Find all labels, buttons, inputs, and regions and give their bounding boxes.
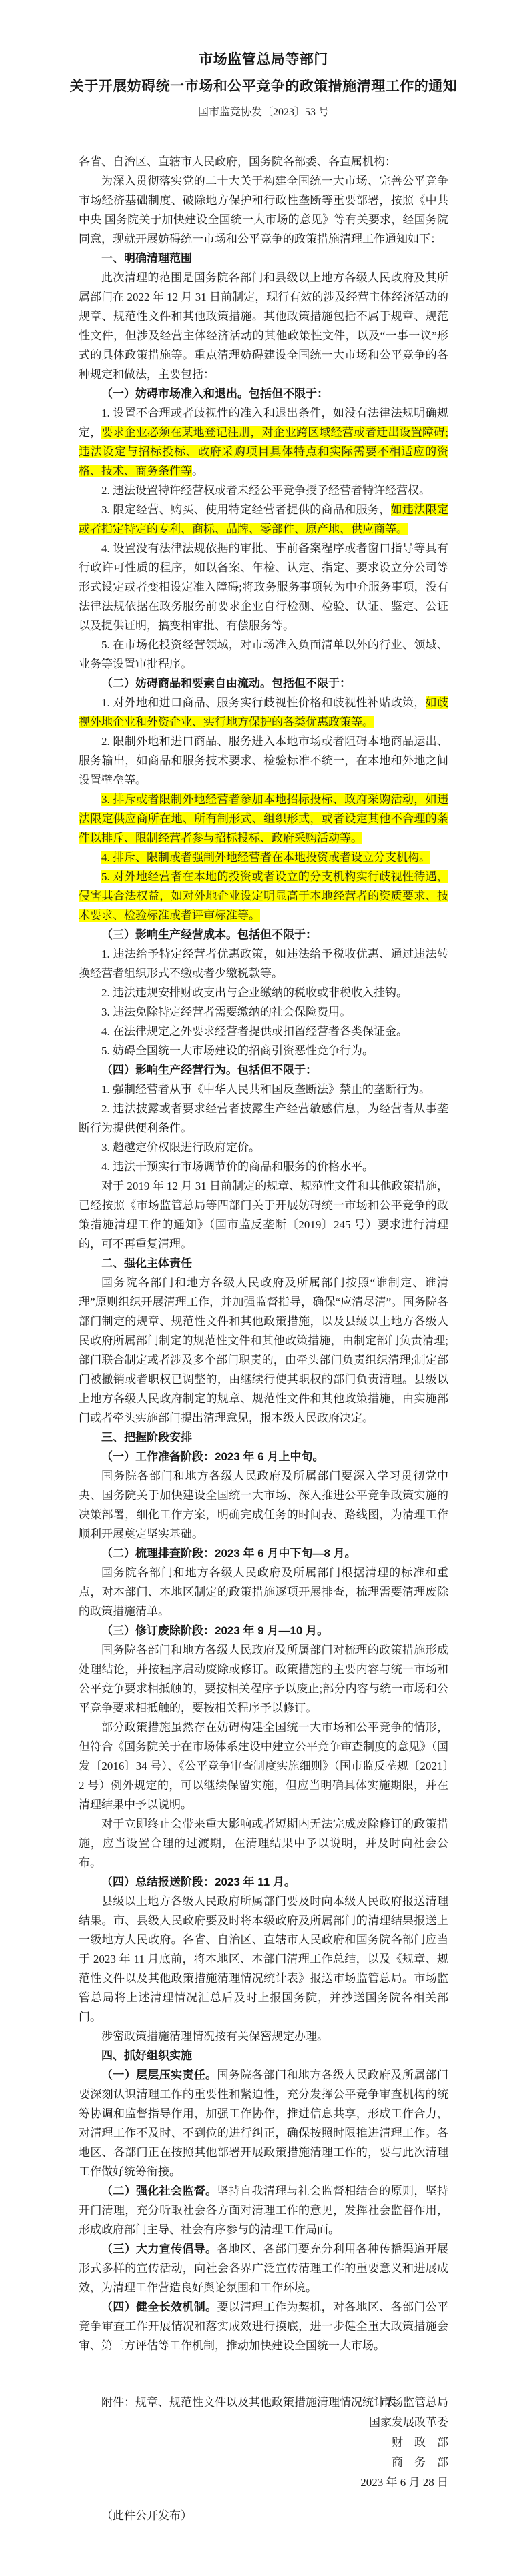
paragraph: 2. 违法设置特许经营权或者未经公平竞争授予经营者特许经营权。	[79, 481, 448, 500]
paragraph: 此次清理的范围是国务院各部门和县级以上地方各级人民政府及其所属部门在 2022 …	[79, 268, 448, 384]
paragraph: 国务院各部门和地方各级人民政府及所属部门按照“谁制定、谁清理”原则组织开展清理工…	[79, 1273, 448, 1428]
text-segment: 涉密政策措施清理情况按有关保密规定办理。	[101, 2030, 328, 2043]
paragraph: 国务院各部门和地方各级人民政府及所属部门对梳理的政策措施形成处理结论，并按程序启…	[79, 1640, 448, 1718]
subsection-heading: （一）妨碍市场准入和退出。包括但不限于：	[79, 384, 448, 403]
section-heading: 二、强化主体责任	[79, 1254, 448, 1273]
text-segment: 县级以上地方各级人民政府所属部门要及时向本级人民政府报送清理结果。市、县级人民政…	[79, 1895, 448, 2023]
paragraph: 3. 限定经营、购买、使用特定经营者提供的商品和服务，如违法限定或者指定特定的专…	[79, 500, 448, 539]
paragraph: 2. 违法违规安排财政支出与企业缴纳的税收或非税收入挂钩。	[79, 983, 448, 1002]
text-segment: 国务院各部门和地方各级人民政府及所属部门根据清理的标准和重点，对本部门、本地区制…	[79, 1566, 448, 1618]
text-segment: （四）总结报送阶段：2023 年 11 月。	[101, 1876, 296, 1888]
paragraph: 1. 设置不合理或者歧视性的准入和退出条件，如没有法律法规明确规定，要求企业必须…	[79, 403, 448, 481]
text-segment: 2. 违法违规安排财政支出与企业缴纳的税收或非税收入挂钩。	[101, 986, 408, 999]
text-segment: （一）妨碍市场准入和退出。包括但不限于：	[101, 387, 328, 400]
text-segment: 2. 限制外地和进口商品、服务进入本地市场或者阻碍本地商品运出、服务输出，如商品…	[79, 735, 448, 786]
text-segment: 1. 对外地和进口商品、服务实行歧视性价格和歧视性补贴政策，	[101, 696, 426, 709]
text-segment: 5. 妨碍全国统一大市场建设的招商引资恶性竞争行为。	[101, 1044, 374, 1057]
text-segment: 此次清理的范围是国务院各部门和县级以上地方各级人民政府及其所属部门在 2022 …	[79, 271, 448, 381]
text-segment: 对于立即终止会带来重大影响或者短期内无法完成废除修订的政策措施，应当设置合理的过…	[79, 1818, 448, 1869]
document-header: 市场监管总局等部门 关于开展妨碍统一市场和公平竞争的政策措施清理工作的通知 国市…	[0, 0, 527, 124]
signature-block: 市场监管总局国家发展改革委财 政 部商 务 部2023 年 6 月 28 日	[360, 2393, 448, 2493]
paragraph: 涉密政策措施清理情况按有关保密规定办理。	[79, 2027, 448, 2046]
text-segment: 国务院各部门和地方各级人民政府及所属部门要深入学习贯彻党中央、国务院关于加快建设…	[79, 1470, 448, 1540]
text-segment: 各省、自治区、直辖市人民政府，国务院各部委、各直属机构：	[79, 155, 396, 168]
subsection-heading: （三）影响生产经营成本。包括但不限于：	[79, 925, 448, 944]
document-title: 市场监管总局等部门	[0, 47, 527, 73]
paragraph: 对于立即终止会带来重大影响或者短期内无法完成废除修订的政策措施，应当设置合理的过…	[79, 1814, 448, 1872]
text-segment: （一）层层压实责任。	[101, 2069, 217, 2081]
text-segment: 四、抓好组织实施	[101, 2049, 192, 2062]
subsection-heading: （三）修订废除阶段：2023 年 9 月—10 月。	[79, 1621, 448, 1640]
highlighted-text: 5. 对外地经营者在本地的投资或者设立的分支机构实行歧视性待遇，侵害其合法权益，…	[79, 870, 448, 922]
text-segment: 4. 在法律规定之外要求经营者提供或扣留经营者各类保证金。	[101, 1025, 408, 1038]
paragraph: 1. 对外地和进口商品、服务实行歧视性价格和歧视性补贴政策，如歧视外地企业和外资…	[79, 693, 448, 732]
paragraph: 国务院各部门和地方各级人民政府及所属部门根据清理的标准和重点，对本部门、本地区制…	[79, 1563, 448, 1621]
signature-line: 市场监管总局	[360, 2393, 448, 2413]
paragraph: 2. 限制外地和进口商品、服务进入本地市场或者阻碍本地商品运出、服务输出，如商品…	[79, 732, 448, 790]
paragraph: （二）强化社会监督。坚持自我清理与社会监督相结合的原则，坚持开门清理，充分听取社…	[79, 2181, 448, 2239]
text-segment: （二）妨碍商品和要素自由流动。包括但不限于：	[101, 677, 351, 690]
paragraph: 5. 在市场化投资经营领域，对市场准入负面清单以外的行业、领域、业务等设置审批程…	[79, 635, 448, 674]
signature-line: 国家发展改革委	[360, 2413, 448, 2433]
section-heading: 三、把握阶段安排	[79, 1428, 448, 1447]
text-segment: （四）影响生产经营行为。包括但不限于：	[101, 1064, 317, 1076]
paragraph: 4. 在法律规定之外要求经营者提供或扣留经营者各类保证金。	[79, 1022, 448, 1041]
paragraph: 1. 违法给予特定经营者优惠政策，如违法给予税收优惠、通过违法转换经营者组织形式…	[79, 944, 448, 983]
doc-number: 国市监竞协发〔2023〕53 号	[0, 101, 527, 124]
paragraph: （一）层层压实责任。国务院各部门和地方各级人民政府及所属部门要深刻认识清理工作的…	[79, 2065, 448, 2181]
signature-line: 财 政 部	[360, 2433, 448, 2453]
subsection-heading: （一）工作准备阶段：2023 年 6 月上中旬。	[79, 1447, 448, 1466]
subsection-heading: （二）妨碍商品和要素自由流动。包括但不限于：	[79, 674, 448, 693]
text-segment: 对于 2019 年 12 月 31 日前制定的规章、规范性文件和其他政策措施，已…	[79, 1180, 448, 1250]
text-segment: 国务院各部门和地方各级人民政府及所属部门对梳理的政策措施形成处理结论，并按程序启…	[79, 1644, 448, 1714]
public-release-note: （此件公开发布）	[79, 2506, 192, 2525]
text-segment: 。	[192, 465, 203, 477]
text-segment: （三）影响生产经营成本。包括但不限于：	[101, 928, 317, 941]
section-heading: 一、明确清理范围	[79, 249, 448, 268]
text-segment: 3. 超越定价权限进行政府定价。	[101, 1141, 260, 1154]
text-segment: 一、明确清理范围	[101, 252, 192, 265]
subsection-heading: （四）影响生产经营行为。包括但不限于：	[79, 1060, 448, 1080]
paragraph: 为深入贯彻落实党的二十大关于构建全国统一大市场、完善公平竞争市场经济基础制度、破…	[79, 171, 448, 249]
paragraph: 部分政策措施虽然存在妨碍构建全国统一大市场和公平竞争的情形，但符合《国务院关于在…	[79, 1718, 448, 1814]
text-segment: 2. 违法设置特许经营权或者未经公平竞争授予经营者特许经营权。	[101, 484, 430, 497]
text-segment: （四）健全长效机制。	[101, 2301, 217, 2313]
subsection-heading: （二）梳理排查阶段：2023 年 6 月中下旬—8 月。	[79, 1544, 448, 1563]
text-segment: 2. 违法披露或者要求经营者披露生产经营敏感信息，为经营者从事垄断行为提供便利条…	[79, 1102, 448, 1134]
paragraph: 县级以上地方各级人民政府所属部门要及时向本级人民政府报送清理结果。市、县级人民政…	[79, 1892, 448, 2027]
text-segment: 3. 违法免除特定经营者需要缴纳的社会保险费用。	[101, 1006, 351, 1018]
text-segment: （二）梳理排查阶段：2023 年 6 月中下旬—8 月。	[101, 1547, 356, 1560]
section-heading: 四、抓好组织实施	[79, 2046, 448, 2065]
paragraph: 1. 强制经营者从事《中华人民共和国反垄断法》禁止的垄断行为。	[79, 1080, 448, 1099]
text-segment: 1. 违法给予特定经营者优惠政策，如违法给予税收优惠、通过违法转换经营者组织形式…	[79, 948, 448, 980]
paragraph: 3. 排斥或者限制外地经营者参加本地招标投标、政府采购活动，如违法限定供应商所在…	[79, 790, 448, 848]
text-segment: （一）工作准备阶段：2023 年 6 月上中旬。	[101, 1450, 324, 1463]
text-segment: 三、把握阶段安排	[101, 1431, 192, 1444]
text-segment: 5. 在市场化投资经营领域，对市场准入负面清单以外的行业、领域、业务等设置审批程…	[79, 639, 448, 670]
text-segment: 4. 违法干预实行市场调节价的商品和服务的价格水平。	[101, 1160, 374, 1173]
text-segment: （三）大力宣传倡导。	[101, 2243, 217, 2255]
highlighted-text: 4. 排斥、限制或者强制外地经营者在本地投资或者设立分支机构。	[101, 851, 430, 864]
text-segment: 为深入贯彻落实党的二十大关于构建全国统一大市场、完善公平竞争市场经济基础制度、破…	[79, 175, 448, 245]
document-subtitle: 关于开展妨碍统一市场和公平竞争的政策措施清理工作的通知	[0, 73, 527, 100]
paragraph: 3. 违法免除特定经营者需要缴纳的社会保险费用。	[79, 1002, 448, 1022]
paragraph: 5. 妨碍全国统一大市场建设的招商引资恶性竞争行为。	[79, 1041, 448, 1060]
highlighted-text: 要求企业必须在某地登记注册，对企业跨区域经营或者迁出设置障碍;违法设定与招标投标…	[79, 426, 448, 477]
signature-line: 商 务 部	[360, 2453, 448, 2473]
text-segment: 1. 强制经营者从事《中华人民共和国反垄断法》禁止的垄断行为。	[101, 1083, 430, 1096]
text-segment: 4. 设置没有法律法规依据的审批、事前备案程序或者窗口指导等具有行政许可性质的程…	[79, 542, 448, 632]
text-segment: 二、强化主体责任	[101, 1257, 192, 1270]
paragraph: （四）健全长效机制。要以清理工作为契机，对各地区、各部门公平竞争审查工作开展情况…	[79, 2297, 448, 2355]
text-segment: 部分政策措施虽然存在妨碍构建全国统一大市场和公平竞争的情形，但符合《国务院关于在…	[79, 1721, 448, 1811]
paragraph: 国务院各部门和地方各级人民政府及所属部门要深入学习贯彻党中央、国务院关于加快建设…	[79, 1466, 448, 1544]
paragraph: 4. 设置没有法律法规依据的审批、事前备案程序或者窗口指导等具有行政许可性质的程…	[79, 539, 448, 635]
text-segment: 3. 限定经营、购买、使用特定经营者提供的商品和服务，	[101, 503, 391, 516]
paragraph: 2. 违法披露或者要求经营者披露生产经营敏感信息，为经营者从事垄断行为提供便利条…	[79, 1099, 448, 1138]
text-segment: （三）修订废除阶段：2023 年 9 月—10 月。	[101, 1624, 328, 1637]
paragraph: 4. 排斥、限制或者强制外地经营者在本地投资或者设立分支机构。	[79, 848, 448, 867]
subsection-heading: （四）总结报送阶段：2023 年 11 月。	[79, 1872, 448, 1892]
salutation: 各省、自治区、直辖市人民政府，国务院各部委、各直属机构：	[79, 152, 448, 171]
text-segment: 国务院各部门和地方各级人民政府及所属部门要深刻认识清理工作的重要性和紧迫性，充分…	[79, 2069, 448, 2178]
paragraph: （三）大力宣传倡导。各地区、各部门要充分利用各种传播渠道开展形式多样的宣传活动，…	[79, 2239, 448, 2297]
highlighted-text: 3. 排斥或者限制外地经营者参加本地招标投标、政府采购活动，如违法限定供应商所在…	[79, 793, 448, 844]
document-body: 各省、自治区、直辖市人民政府，国务院各部委、各直属机构：为深入贯彻落实党的二十大…	[79, 152, 448, 2355]
paragraph: 对于 2019 年 12 月 31 日前制定的规章、规范性文件和其他政策措施，已…	[79, 1176, 448, 1254]
issue-date: 2023 年 6 月 28 日	[360, 2473, 448, 2493]
text-segment: （二）强化社会监督。	[101, 2185, 217, 2197]
paragraph: 5. 对外地经营者在本地的投资或者设立的分支机构实行歧视性待遇，侵害其合法权益，…	[79, 867, 448, 925]
paragraph: 4. 违法干预实行市场调节价的商品和服务的价格水平。	[79, 1157, 448, 1176]
paragraph: 3. 超越定价权限进行政府定价。	[79, 1138, 448, 1157]
document-page: 市场监管总局等部门 关于开展妨碍统一市场和公平竞争的政策措施清理工作的通知 国市…	[0, 0, 527, 2576]
text-segment: 国务院各部门和地方各级人民政府及所属部门按照“谁制定、谁清理”原则组织开展清理工…	[79, 1276, 448, 1424]
